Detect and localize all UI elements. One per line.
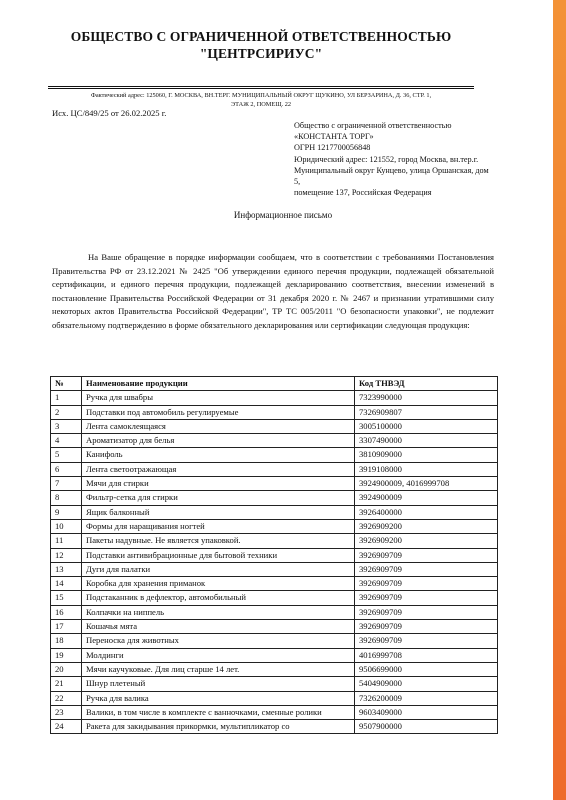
tnved-code: 3926909709 — [355, 548, 498, 562]
row-number: 18 — [51, 634, 82, 648]
row-number: 21 — [51, 677, 82, 691]
tnved-code: 3926909709 — [355, 577, 498, 591]
product-name: Ручка для валика — [82, 691, 355, 705]
row-number: 14 — [51, 577, 82, 591]
recipient-line6: помещение 137, Российская Федерация — [294, 187, 494, 198]
product-name: Кошачья мята — [82, 620, 355, 634]
recipient-line5: Муниципальный округ Кунцево, улица Оршан… — [294, 165, 494, 187]
product-name: Лента светоотражающая — [82, 462, 355, 476]
table-row: 23Валики, в том числе в комплекте с ванн… — [51, 705, 498, 719]
product-name: Переноска для животных — [82, 634, 355, 648]
orange-accent-bar — [553, 0, 566, 800]
table-row: 15Подстаканник в дефлектор, автомобильны… — [51, 591, 498, 605]
row-number: 9 — [51, 505, 82, 519]
header-number: № — [51, 377, 82, 391]
table-row: 19Молдинги4016999708 — [51, 648, 498, 662]
row-number: 15 — [51, 591, 82, 605]
table-row: 21Шнур плетеный5404909000 — [51, 677, 498, 691]
table-row: 11Пакеты надувные. Не является упаковкой… — [51, 534, 498, 548]
tnved-code: 5404909000 — [355, 677, 498, 691]
header-tnved-code: Код ТНВЭД — [355, 377, 498, 391]
letterhead-divider — [48, 86, 474, 89]
recipient-line4: Юридический адрес: 121552, город Москва,… — [294, 154, 494, 165]
product-name: Ящик балконный — [82, 505, 355, 519]
tnved-code: 3926909200 — [355, 534, 498, 548]
product-name: Колпачки на ниппель — [82, 605, 355, 619]
table-row: 1Ручка для швабры7323990000 — [51, 391, 498, 405]
product-name: Валики, в том числе в комплекте с ванноч… — [82, 705, 355, 719]
product-name: Мячи каучуковые. Для лиц старше 14 лет. — [82, 662, 355, 676]
product-name: Подставки антивибрационные для бытовой т… — [82, 548, 355, 562]
table-body: 1Ручка для швабры73239900002Подставки по… — [51, 391, 498, 734]
body-paragraph: На Ваше обращение в порядке информации с… — [52, 251, 494, 333]
body-text: На Ваше обращение в порядке информации с… — [52, 251, 494, 333]
tnved-code: 3919108000 — [355, 462, 498, 476]
product-name: Шнур плетеный — [82, 677, 355, 691]
recipient-line2: «КОНСТАНТА ТОРГ» — [294, 131, 494, 142]
products-table: № Наименование продукции Код ТНВЭД 1Ручк… — [50, 376, 498, 734]
product-name: Ракета для закидывания прикормки, мульти… — [82, 720, 355, 734]
table-row: 20Мячи каучуковые. Для лиц старше 14 лет… — [51, 662, 498, 676]
tnved-code: 3926909200 — [355, 519, 498, 533]
product-name: Пакеты надувные. Не является упаковкой. — [82, 534, 355, 548]
tnved-code: 4016999708 — [355, 648, 498, 662]
table-row: 17Кошачья мята3926909709 — [51, 620, 498, 634]
row-number: 12 — [51, 548, 82, 562]
org-name-line1: ОБЩЕСТВО С ОГРАНИЧЕННОЙ ОТВЕТСТВЕННОСТЬЮ — [48, 28, 474, 45]
table-row: 10Формы для наращивания ногтей3926909200 — [51, 519, 498, 533]
tnved-code: 3926909709 — [355, 634, 498, 648]
row-number: 2 — [51, 405, 82, 419]
table-row: 13Дуги для палатки3926909709 — [51, 562, 498, 576]
row-number: 16 — [51, 605, 82, 619]
recipient-block: Общество с ограниченной ответственностью… — [294, 120, 494, 198]
table-row: 12Подставки антивибрационные для бытовой… — [51, 548, 498, 562]
product-name: Формы для наращивания ногтей — [82, 519, 355, 533]
recipient-line1: Общество с ограниченной ответственностью — [294, 120, 494, 131]
tnved-code: 7326909807 — [355, 405, 498, 419]
row-number: 7 — [51, 477, 82, 491]
tnved-code: 3005100000 — [355, 419, 498, 433]
tnved-code: 3926909709 — [355, 605, 498, 619]
row-number: 20 — [51, 662, 82, 676]
table-row: 24Ракета для закидывания прикормки, муль… — [51, 720, 498, 734]
table-row: 9Ящик балконный3926400000 — [51, 505, 498, 519]
table-row: 18Переноска для животных3926909709 — [51, 634, 498, 648]
tnved-code: 7323990000 — [355, 391, 498, 405]
tnved-code: 3926909709 — [355, 591, 498, 605]
product-name: Подставки под автомобиль регулируемые — [82, 405, 355, 419]
tnved-code: 3924900009, 4016999708 — [355, 477, 498, 491]
outgoing-reference: Исх. ЦС/849/25 от 26.02.2025 г. — [52, 108, 166, 118]
row-number: 10 — [51, 519, 82, 533]
table-row: 3Лента самоклеящаяся3005100000 — [51, 419, 498, 433]
table-row: 8Фильтр-сетка для стирки3924900009 — [51, 491, 498, 505]
org-name-line2: "ЦЕНТРСИРИУС" — [48, 45, 474, 62]
tnved-code: 3810909000 — [355, 448, 498, 462]
tnved-code: 9507900000 — [355, 720, 498, 734]
tnved-code: 3307490000 — [355, 434, 498, 448]
row-number: 22 — [51, 691, 82, 705]
row-number: 6 — [51, 462, 82, 476]
tnved-code: 7326200009 — [355, 691, 498, 705]
tnved-code: 3926909709 — [355, 562, 498, 576]
table-row: 16Колпачки на ниппель3926909709 — [51, 605, 498, 619]
table-row: 6Лента светоотражающая3919108000 — [51, 462, 498, 476]
letterhead: ОБЩЕСТВО С ОГРАНИЧЕННОЙ ОТВЕТСТВЕННОСТЬЮ… — [48, 28, 474, 62]
row-number: 17 — [51, 620, 82, 634]
row-number: 3 — [51, 419, 82, 433]
tnved-code: 3924900009 — [355, 491, 498, 505]
recipient-line3: ОГРН 1217700056848 — [294, 142, 494, 153]
product-name: Лента самоклеящаяся — [82, 419, 355, 433]
product-name: Коробка для хранения приманок — [82, 577, 355, 591]
table-row: 2Подставки под автомобиль регулируемые73… — [51, 405, 498, 419]
table-row: 5Канифоль3810909000 — [51, 448, 498, 462]
table-row: 22Ручка для валика7326200009 — [51, 691, 498, 705]
row-number: 13 — [51, 562, 82, 576]
row-number: 11 — [51, 534, 82, 548]
row-number: 23 — [51, 705, 82, 719]
row-number: 8 — [51, 491, 82, 505]
row-number: 1 — [51, 391, 82, 405]
tnved-code: 3926909709 — [355, 620, 498, 634]
row-number: 5 — [51, 448, 82, 462]
header-product-name: Наименование продукции — [82, 377, 355, 391]
document-title: Информационное письмо — [0, 210, 566, 220]
tnved-code: 9603409000 — [355, 705, 498, 719]
tnved-code: 9506699000 — [355, 662, 498, 676]
row-number: 19 — [51, 648, 82, 662]
product-name: Мячи для стирки — [82, 477, 355, 491]
table-row: 7Мячи для стирки3924900009, 4016999708 — [51, 477, 498, 491]
table-row: 4Ароматизатор для белья3307490000 — [51, 434, 498, 448]
actual-address: Фактический адрес: 125060, Г. МОСКВА, ВН… — [48, 91, 474, 109]
table-header-row: № Наименование продукции Код ТНВЭД — [51, 377, 498, 391]
product-name: Ручка для швабры — [82, 391, 355, 405]
tnved-code: 3926400000 — [355, 505, 498, 519]
product-name: Подстаканник в дефлектор, автомобильный — [82, 591, 355, 605]
product-name: Канифоль — [82, 448, 355, 462]
product-name: Ароматизатор для белья — [82, 434, 355, 448]
product-name: Молдинги — [82, 648, 355, 662]
table-row: 14Коробка для хранения приманок392690970… — [51, 577, 498, 591]
product-name: Дуги для палатки — [82, 562, 355, 576]
actual-address-line1: Фактический адрес: 125060, Г. МОСКВА, ВН… — [48, 91, 474, 100]
product-name: Фильтр-сетка для стирки — [82, 491, 355, 505]
row-number: 4 — [51, 434, 82, 448]
row-number: 24 — [51, 720, 82, 734]
